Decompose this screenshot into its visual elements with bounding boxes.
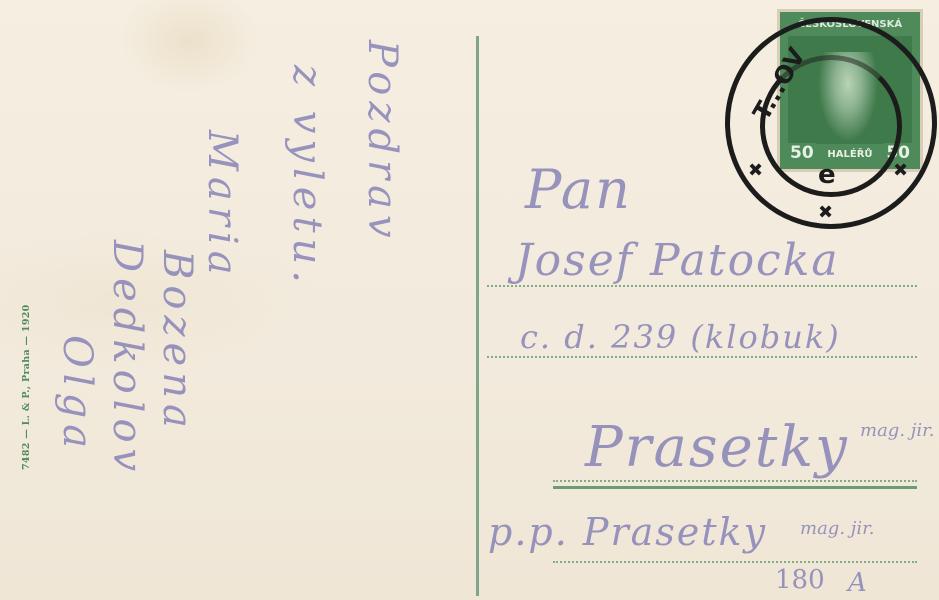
postmark-letter: e [818,160,836,190]
address-line-3 [553,480,917,482]
address-street: c. d. 239 (klobuk) [520,318,841,356]
address-town-underline [553,486,917,489]
postmark-cross-right-icon: ✖ [893,160,908,181]
message-line-5: Dedkolov [104,240,150,477]
divider-line [476,36,479,596]
reference-number: 180 [775,565,825,595]
message-line-1: Pozdrav [359,40,405,244]
address-post: p.p. Prasetky [488,510,767,554]
address-name: Josef Patocka [515,235,840,286]
message-line-4: Bozena [154,250,200,434]
message-line-2: z vyletu. [284,65,330,289]
reference-letter: A [848,568,867,598]
address-town: Prasetky [585,415,849,480]
postmark-cross-left-icon: ✖ [748,160,763,181]
postcard-back: 7482 — L. & P., Praha — 1920 Pozdrav z v… [0,0,939,600]
message-line-6: Olga [54,335,100,454]
address-note-2: mag. jir. [800,518,874,539]
message-line-3: Maria [199,130,245,281]
address-line-4 [553,561,917,563]
postmark-cross-bottom-icon: ✖ [818,202,833,223]
address-salutation: Pan [525,158,632,221]
printer-imprint: 7482 — L. & P., Praha — 1920 [21,304,32,470]
address-note-1: mag. jir. [860,420,934,441]
address-line-2 [487,356,917,358]
